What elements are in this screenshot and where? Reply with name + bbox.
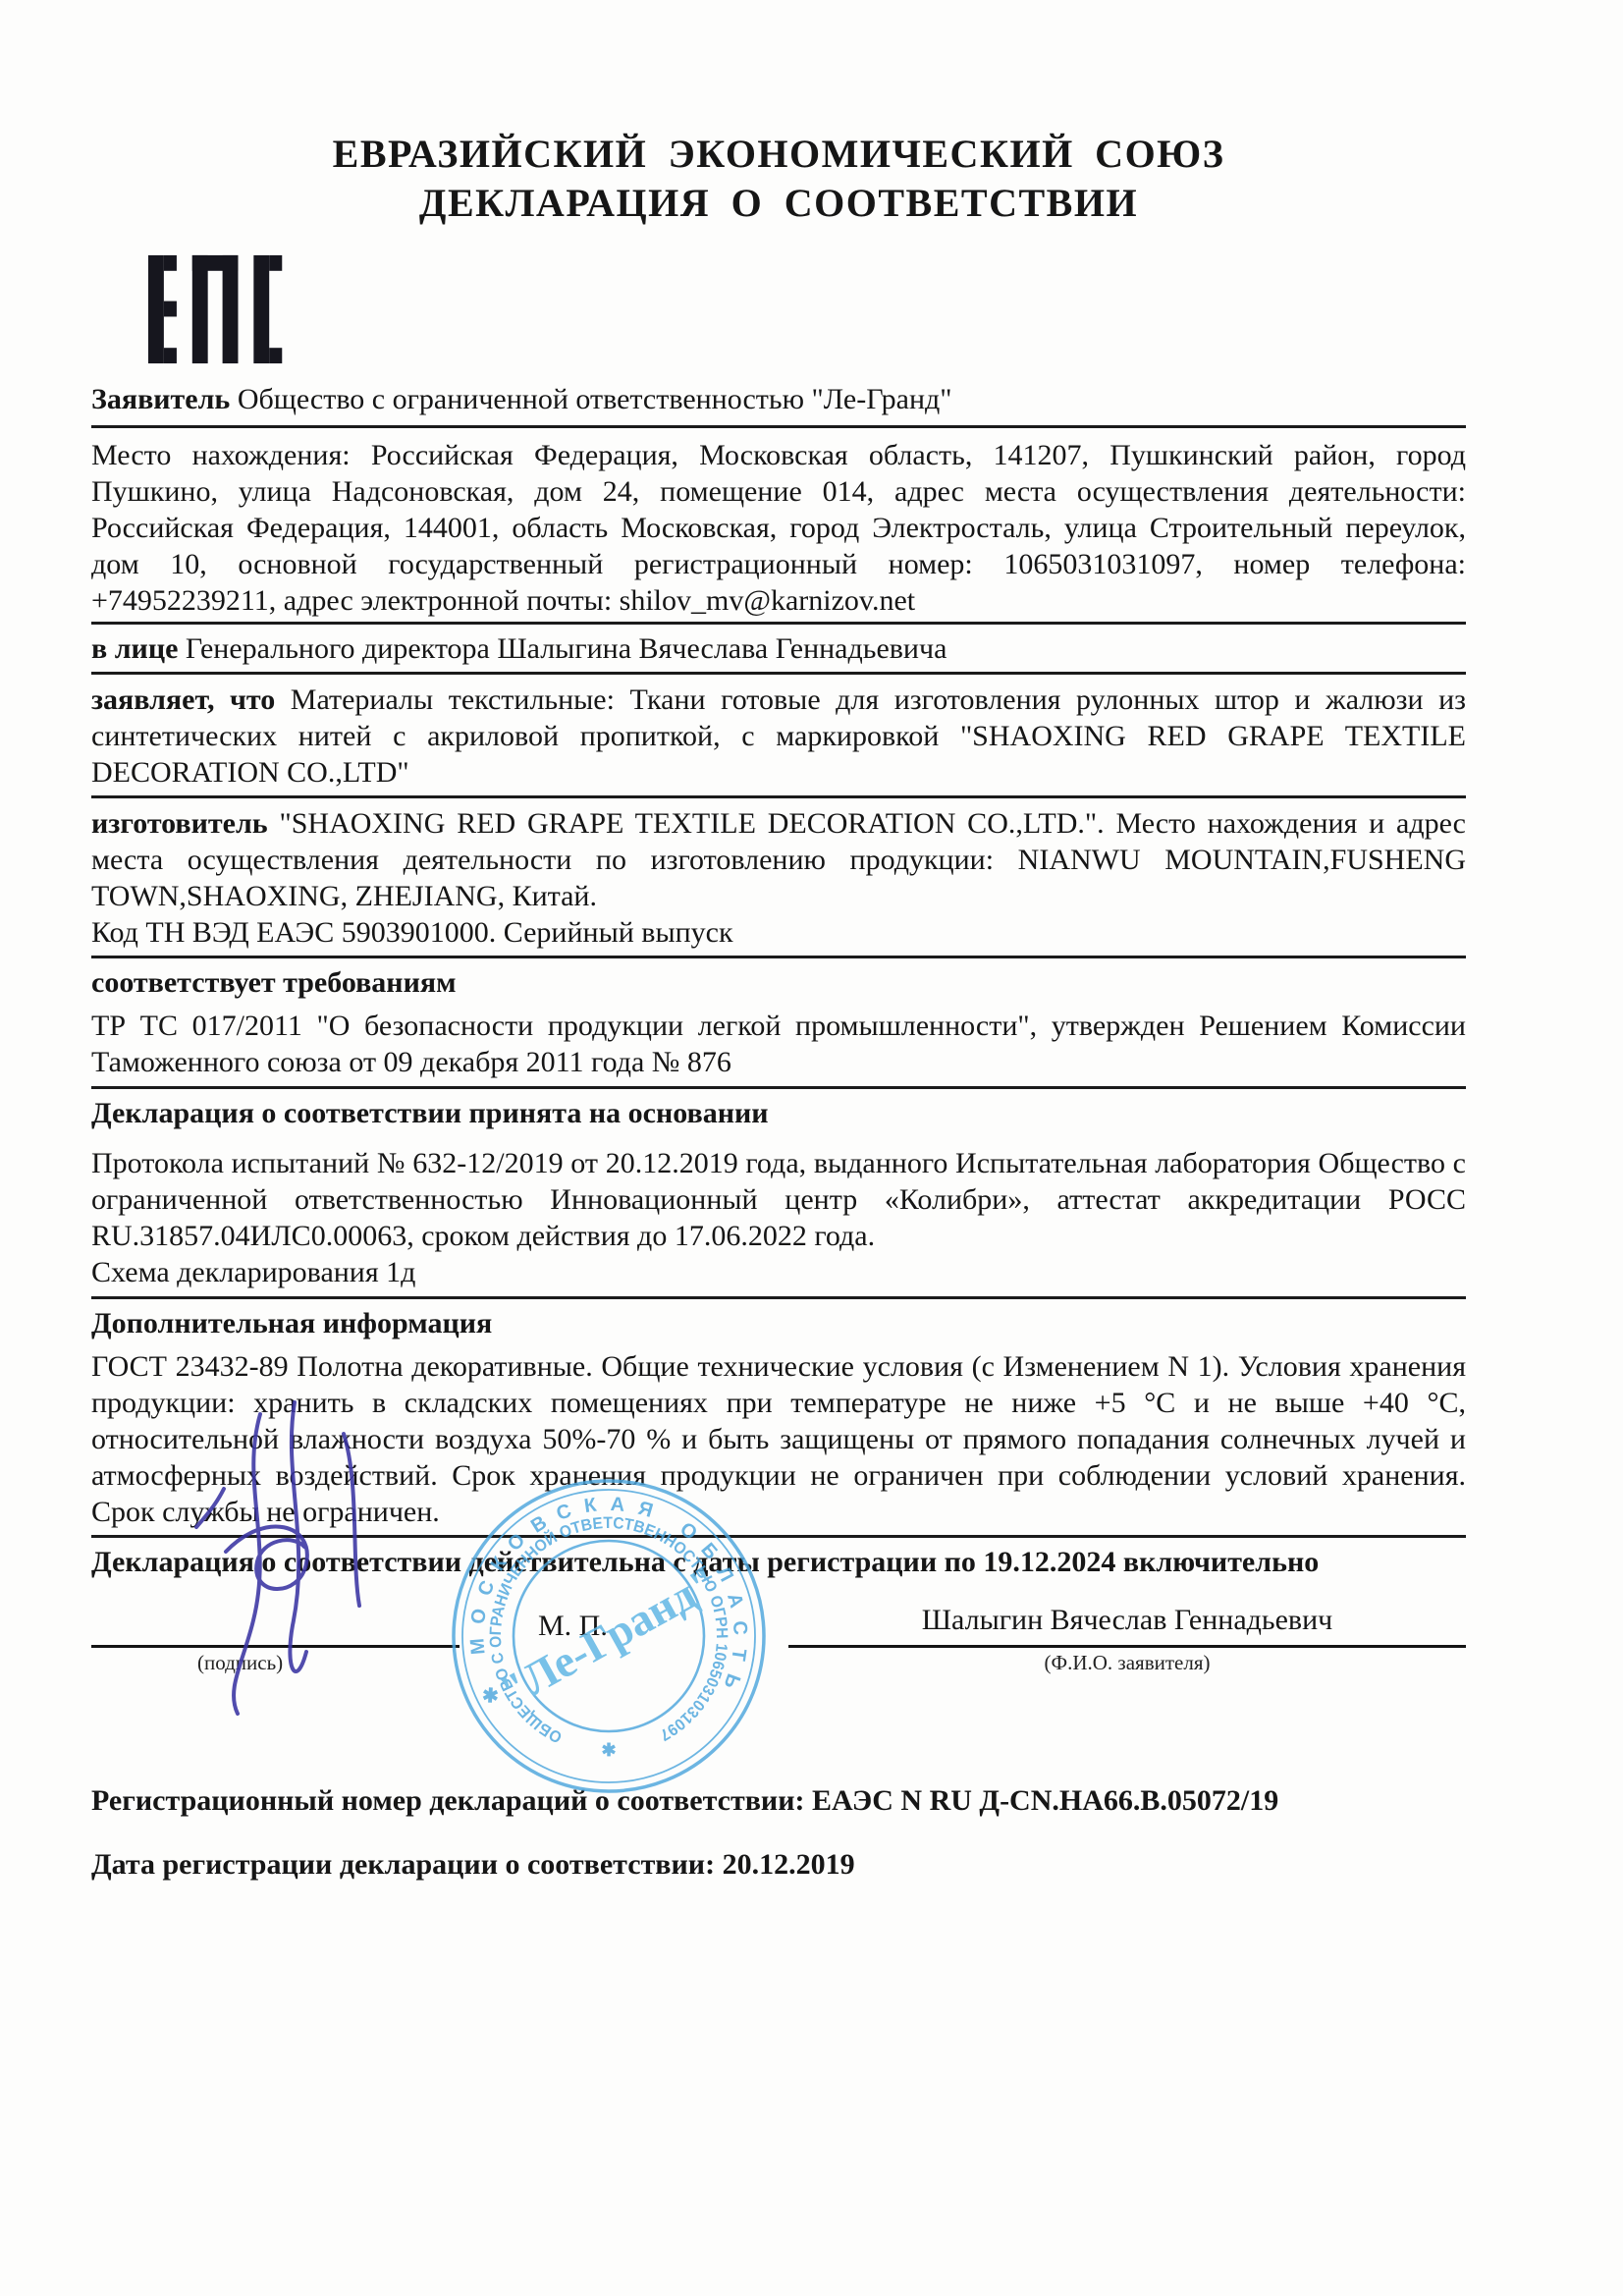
declaration-scheme-line: Схема декларирования 1д — [91, 1254, 1466, 1290]
applicant-value: Общество с ограниченной ответственностью… — [238, 383, 952, 415]
signature-area: (подпись) М. П. Шалыгин Вячеслав Геннадь… — [91, 1588, 1466, 1757]
validity-statement: Декларация о соответствии действительна … — [91, 1544, 1466, 1580]
section-divider — [91, 1086, 1466, 1089]
section-divider — [91, 1296, 1466, 1299]
title-line-2: ДЕКЛАРАЦИЯ О СООТВЕТСТВИИ — [91, 179, 1466, 228]
registration-number-line: Регистрационный номер деклараций о соотв… — [91, 1782, 1466, 1819]
basis-heading: Декларация о соответствии принята на осн… — [91, 1095, 1466, 1131]
section-divider — [91, 795, 1466, 798]
location-paragraph: Место нахождения: Российская Федерация, … — [91, 437, 1466, 619]
declares-paragraph: заявляет, что Материалы текстильные: Тка… — [91, 682, 1466, 791]
additional-info-paragraph: ГОСТ 23432-89 Полотна декоративные. Общи… — [91, 1348, 1466, 1530]
tn-ved-code-line: Код ТН ВЭД ЕАЭС 5903901000. Серийный вып… — [91, 914, 1466, 951]
complies-heading: соответствует требованиям — [91, 964, 1466, 1001]
declares-label: заявляет, что — [91, 683, 275, 716]
section-divider — [91, 622, 1466, 625]
fullname-line — [788, 1645, 1466, 1648]
registration-date-line: Дата регистрации декларации о соответств… — [91, 1846, 1466, 1883]
document-content: ЕВРАЗИЙСКИЙ ЭКОНОМИЧЕСКИЙ СОЮЗ ДЕКЛАРАЦИ… — [91, 0, 1466, 1883]
title-line-1: ЕВРАЗИЙСКИЙ ЭКОНОМИЧЕСКИЙ СОЮЗ — [91, 130, 1466, 179]
fullname-caption: (Ф.И.О. заявителя) — [788, 1651, 1466, 1675]
declares-value: Материалы текстильные: Ткани готовые для… — [91, 683, 1466, 789]
in-person-row: в лице Генерального директора Шалыгина В… — [91, 630, 1466, 667]
section-divider — [91, 956, 1466, 958]
section-divider — [91, 1535, 1466, 1538]
stamp-place-label: М. П. — [538, 1610, 608, 1643]
applicant-fullname: Шалыгин Вячеслав Геннадьевич — [788, 1604, 1466, 1637]
eac-logo-icon: ЕАС — [148, 251, 1466, 367]
complies-paragraph: ТР ТС 017/2011 "О безопасности продукции… — [91, 1008, 1466, 1080]
basis-paragraph: Протокола испытаний № 632-12/2019 от 20.… — [91, 1145, 1466, 1254]
document-header: ЕВРАЗИЙСКИЙ ЭКОНОМИЧЕСКИЙ СОЮЗ ДЕКЛАРАЦИ… — [91, 0, 1466, 228]
manufacturer-label: изготовитель — [91, 807, 268, 840]
declaration-document: ЕВРАЗИЙСКИЙ ЭКОНОМИЧЕСКИЙ СОЮЗ ДЕКЛАРАЦИ… — [0, 0, 1623, 2296]
additional-info-heading: Дополнительная информация — [91, 1305, 1466, 1341]
signature-line — [91, 1645, 460, 1648]
section-divider — [91, 672, 1466, 675]
applicant-label: Заявитель — [91, 383, 230, 415]
in-person-label: в лице — [91, 632, 178, 665]
section-divider — [91, 425, 1466, 428]
manufacturer-paragraph: изготовитель "SHAOXING RED GRAPE TEXTILE… — [91, 805, 1466, 914]
manufacturer-value: "SHAOXING RED GRAPE TEXTILE DECORATION C… — [91, 807, 1466, 912]
signature-caption: (подпись) — [197, 1651, 283, 1675]
applicant-row: Заявитель Общество с ограниченной ответс… — [91, 381, 1466, 417]
in-person-value: Генерального директора Шалыгина Вячеслав… — [186, 632, 947, 665]
